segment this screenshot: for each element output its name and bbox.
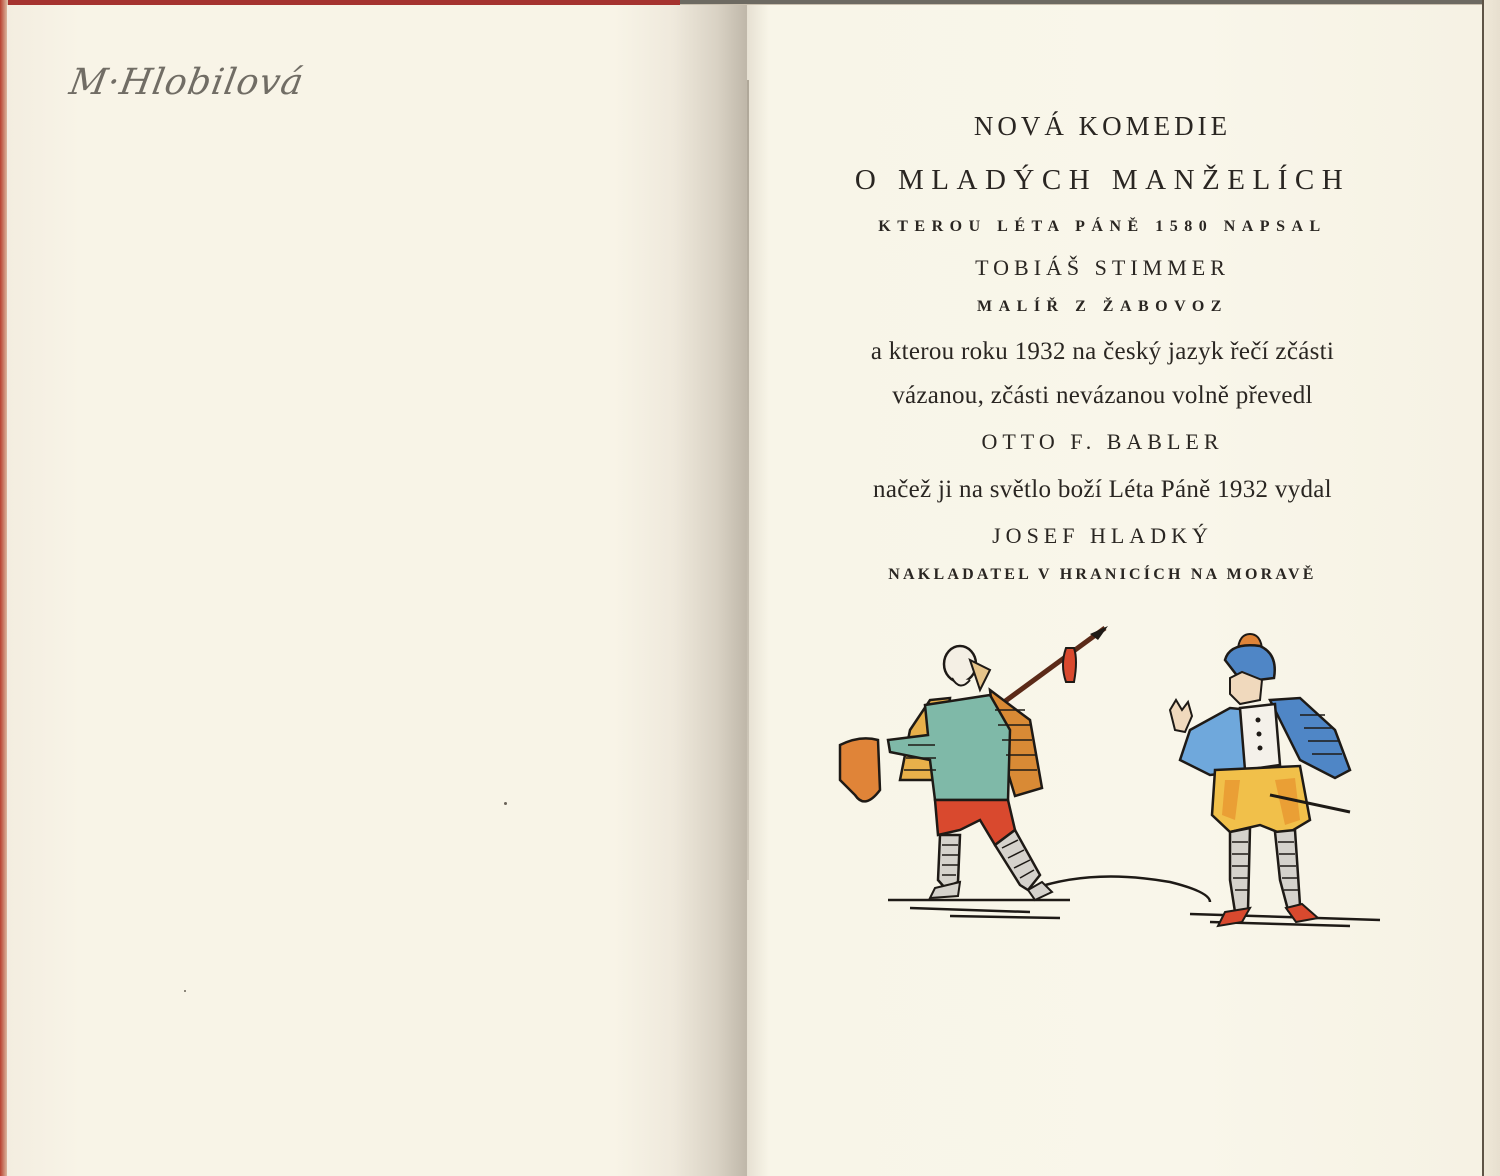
- publication-note: načež ji na světlo boží Léta Páně 1932 v…: [830, 468, 1375, 512]
- subtitle-written-by: KTEROU LÉTA PÁNĚ 1580 NAPSAL: [830, 212, 1375, 242]
- publisher-name: JOSEF HLADKÝ: [830, 518, 1375, 554]
- paper-speck: [504, 802, 507, 805]
- translation-note-line-1: a kterou roku 1932 na český jazyk řečí z…: [830, 330, 1375, 374]
- page-edge-right: [1482, 0, 1500, 1176]
- handwritten-inscription: M·Hlobilová: [66, 62, 307, 103]
- paper-speck: [184, 990, 186, 992]
- author-description: MALÍŘ Z ŽABOVOZ: [830, 292, 1375, 322]
- book-spread: M·Hlobilová NOVÁ KOMEDIE O MLADÝCH MANŽE…: [0, 0, 1500, 1176]
- translator-name: OTTO F. BABLER: [830, 424, 1375, 460]
- cover-top-edge-right: [680, 0, 1500, 4]
- translation-note-line-2: vázanou, zčásti nevázanou volně převedl: [830, 374, 1375, 418]
- left-page: [7, 5, 747, 1176]
- woodcut-illustration: [830, 620, 1390, 940]
- title-line-2: O MLADÝCH MANŽELÍCH: [830, 154, 1375, 206]
- publisher-location: NAKLADATEL V HRANICÍCH NA MORAVĚ: [830, 560, 1375, 590]
- author-name: TOBIÁŠ STIMMER: [830, 250, 1375, 286]
- title-page-text: NOVÁ KOMEDIE O MLADÝCH MANŽELÍCH KTEROU …: [830, 104, 1375, 590]
- title-line-1: NOVÁ KOMEDIE: [830, 104, 1375, 148]
- gutter: [747, 80, 749, 880]
